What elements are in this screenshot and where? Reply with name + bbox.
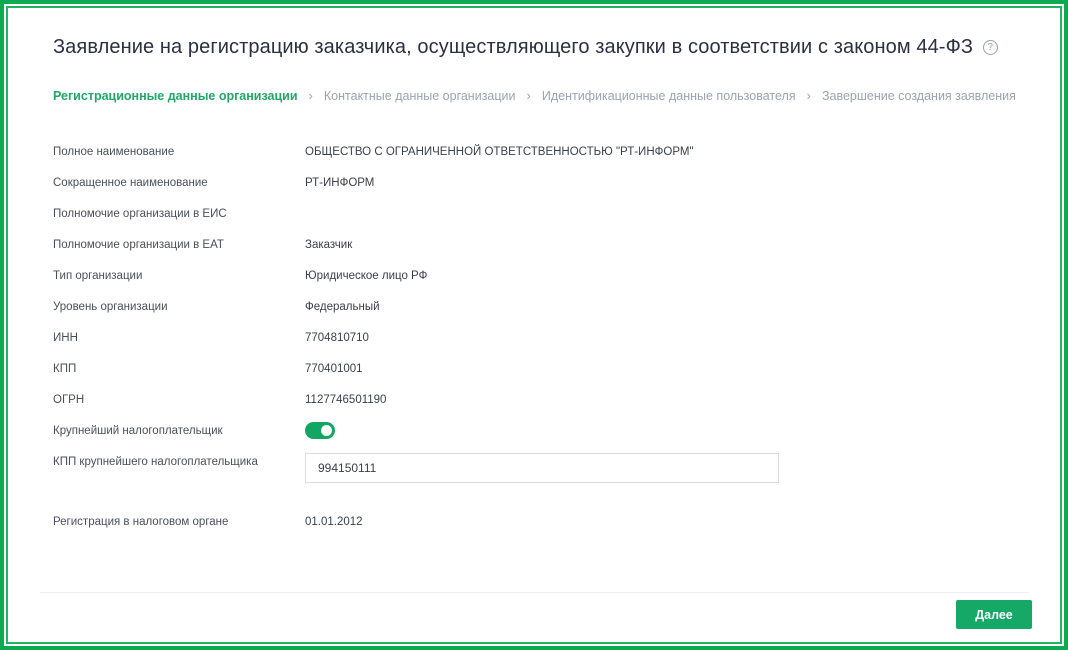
- largest-taxpayer-toggle[interactable]: [305, 422, 335, 439]
- page-title-text: Заявление на регистрацию заказчика, осущ…: [53, 36, 973, 58]
- footer-divider: [40, 592, 1030, 593]
- field-label: КПП крупнейшего налогоплательщика: [53, 456, 293, 468]
- chevron-right-icon: ›: [807, 88, 811, 103]
- field-value: Юридическое лицо РФ: [305, 270, 427, 282]
- field-label: Уровень организации: [53, 301, 293, 313]
- field-value: РТ-ИНФОРМ: [305, 177, 374, 189]
- field-label: Регистрация в налоговом органе: [53, 516, 293, 528]
- field-label: Тип организации: [53, 270, 293, 282]
- step-registration-data[interactable]: Регистрационные данные организации: [53, 89, 298, 103]
- wizard-steps: Регистрационные данные организации › Кон…: [53, 88, 1016, 103]
- help-icon[interactable]: ?: [983, 40, 998, 55]
- next-button[interactable]: Далее: [956, 600, 1032, 629]
- field-value: Федеральный: [305, 301, 380, 313]
- field-label: Крупнейший налогоплательщик: [53, 425, 293, 437]
- step-completion[interactable]: Завершение создания заявления: [822, 89, 1016, 103]
- field-value: 1127746501190: [305, 394, 386, 406]
- field-label: ИНН: [53, 332, 293, 344]
- field-label: Полномочие организации в ЕИС: [53, 208, 293, 220]
- screenshot-frame-inner: Заявление на регистрацию заказчика, осущ…: [6, 6, 1062, 644]
- largest-taxpayer-kpp-input[interactable]: 994150111: [305, 453, 779, 483]
- chevron-right-icon: ›: [309, 88, 313, 103]
- step-user-identification[interactable]: Идентификационные данные пользователя: [542, 89, 796, 103]
- toggle-knob: [321, 425, 332, 436]
- field-label: Полномочие организации в ЕАТ: [53, 239, 293, 251]
- field-label: Сокращенное наименование: [53, 177, 293, 189]
- field-value: ОБЩЕСТВО С ОГРАНИЧЕННОЙ ОТВЕТСТВЕННОСТЬЮ…: [305, 146, 694, 158]
- step-contact-data[interactable]: Контактные данные организации: [324, 89, 516, 103]
- registration-form-page: Заявление на регистрацию заказчика, осущ…: [8, 8, 1060, 642]
- field-value: 770401001: [305, 363, 363, 375]
- field-value: 7704810710: [305, 332, 369, 344]
- field-value: Заказчик: [305, 239, 352, 251]
- screenshot-frame: Заявление на регистрацию заказчика, осущ…: [4, 4, 1064, 646]
- chevron-right-icon: ›: [527, 88, 531, 103]
- field-label: Полное наименование: [53, 146, 293, 158]
- page-title: Заявление на регистрацию заказчика, осущ…: [53, 36, 998, 59]
- field-label: ОГРН: [53, 394, 293, 406]
- field-value: 01.01.2012: [305, 516, 363, 528]
- field-label: КПП: [53, 363, 293, 375]
